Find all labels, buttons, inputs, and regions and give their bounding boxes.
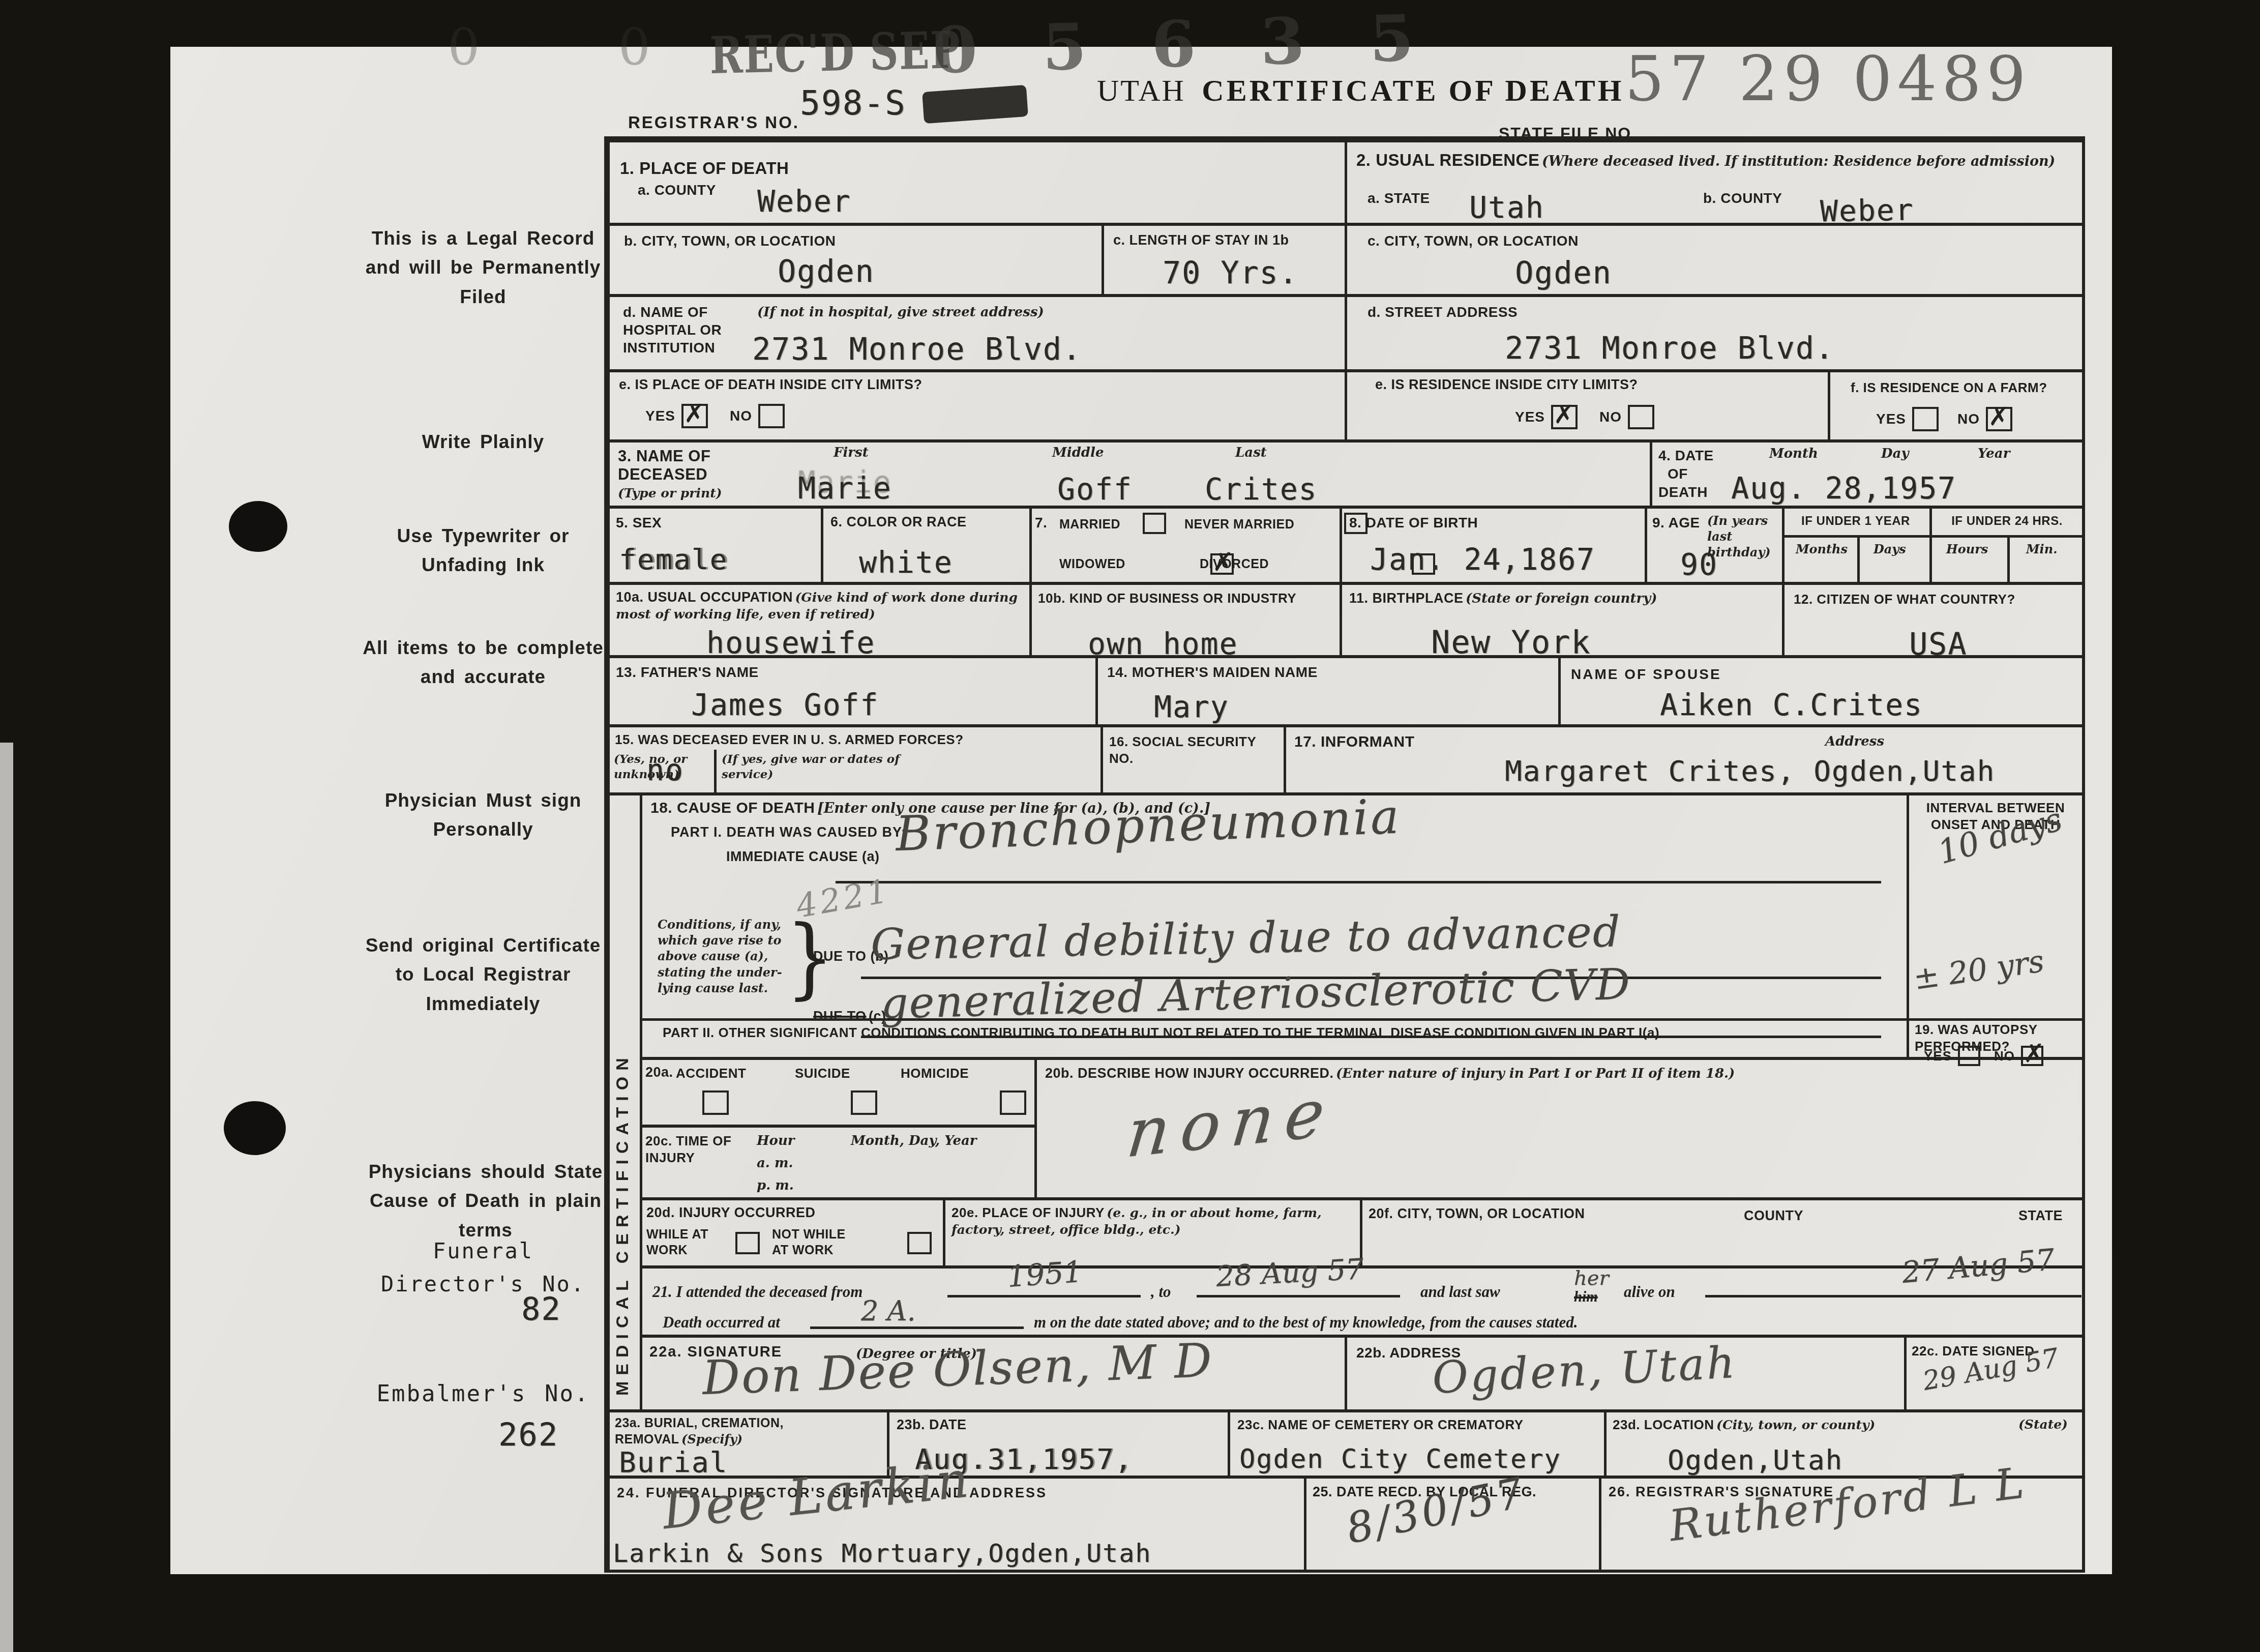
field-age: 9. AGE (In years last birthday) 90 xyxy=(1645,506,1782,582)
checkbox-autopsy-yes xyxy=(1958,1046,1980,1066)
margin-note-typewriter: Use Typewriter or Unfading Ink xyxy=(356,521,610,580)
date-of-death-value: Aug. 28,1957 xyxy=(1731,471,1956,506)
field-marital-status: 7. MARRIED NEVER MARRIED WIDOWED ✗ DIVOR… xyxy=(1029,506,1340,582)
place-of-death-title: 1. PLACE OF DEATH xyxy=(620,158,789,179)
field-street-address: d. STREET ADDRESS 2731 Monroe Blvd. xyxy=(1345,294,2082,369)
hospital-label: d. NAME OF HOSPITAL OR INSTITUTION xyxy=(623,303,750,357)
field-date-of-birth: 8. DATE OF BIRTH Jan. 24,1867 xyxy=(1340,506,1645,582)
checkbox-suicide xyxy=(851,1090,877,1115)
usual-residence-hint: (Where deceased lived. If institution: R… xyxy=(1542,154,2055,169)
suicide-label: SUICIDE xyxy=(795,1065,850,1082)
part2-label: PART II. OTHER SIGNIFICANT CONDITIONS CO… xyxy=(663,1024,1873,1041)
interval-c-handwriting: ± 20 yrs xyxy=(1911,943,2046,997)
yes-label: YES xyxy=(1876,411,1906,427)
mother-name-label: 14. MOTHER'S MAIDEN NAME xyxy=(1107,663,1318,681)
field-residence-farm: f. IS RESIDENCE ON A FARM? YES NO ✗ xyxy=(1828,369,2082,439)
checkbox-death-limits-yes: ✗ xyxy=(681,404,708,428)
checkbox-res-limits-no xyxy=(1628,405,1654,429)
margin-note-plain-terms: Physicians should State Cause of Death i… xyxy=(343,1157,628,1245)
field-registrar-signature: 26. REGISTRAR'S SIGNATURE Rutherford L L xyxy=(1599,1476,2082,1570)
birthplace-label: 11. BIRTHPLACE xyxy=(1349,591,1464,606)
burial-type-hint: (Specify) xyxy=(681,1432,742,1447)
death-city-limits-label: e. IS PLACE OF DEATH INSIDE CITY LIMITS? xyxy=(619,376,923,394)
usual-residence-title: 2. USUAL RESIDENCE xyxy=(1356,151,1539,169)
death-hour-value: 2 A. xyxy=(861,1295,916,1327)
certificate-title: UTAH CERTIFICATE OF DEATH xyxy=(1097,73,1624,108)
due-to-c-struck: DUE TO xyxy=(813,1009,867,1024)
field-date-received: 25. DATE RECD. BY LOCAL REG. 8/30/57 xyxy=(1304,1476,1599,1570)
attended-from-value: 1951 xyxy=(1006,1254,1083,1294)
medical-certification-strip: MEDICAL CERTIFICATION xyxy=(607,792,640,1409)
informant-label: 17. INFORMANT xyxy=(1294,732,1415,752)
certificate-paper: 0 0 REC'D SEP 0 5 6 3 5 REGISTRAR'S NO. … xyxy=(170,47,2112,1574)
residence-state-label: a. STATE xyxy=(1367,189,1430,207)
hour-label: Hour xyxy=(757,1133,795,1150)
name-label-1: 3. NAME OF xyxy=(618,447,710,466)
faint-zeros-stamp: 0 0 xyxy=(448,17,711,77)
certificate-form: 1. PLACE OF DEATH a. COUNTY Weber 2. USU… xyxy=(604,136,2085,1573)
field-hospital: d. NAME OF HOSPITAL OR INSTITUTION (If n… xyxy=(607,294,1345,369)
no-label: NO xyxy=(1599,409,1622,425)
city-of-death-value: Ogden xyxy=(778,254,875,289)
last-name-value: Crites xyxy=(1205,472,1318,507)
burial-date-label: 23b. DATE xyxy=(897,1417,967,1434)
field-date-signed: 22c. DATE SIGNED 29 Aug 57 xyxy=(1904,1335,2082,1409)
field-social-security: 16. SOCIAL SECURITY NO. xyxy=(1101,724,1284,792)
place-county-label: a. COUNTY xyxy=(638,181,716,199)
injury-occurred-label: 20d. INJURY OCCURRED xyxy=(646,1204,816,1222)
him-struck: him xyxy=(1574,1289,1598,1306)
checkbox-homicide xyxy=(1000,1090,1026,1115)
month-header: Month xyxy=(1769,446,1818,463)
middle-name-header: Middle xyxy=(1052,445,1104,462)
x-mark: ✗ xyxy=(2023,1039,2044,1068)
street-address-label: d. STREET ADDRESS xyxy=(1367,303,1518,321)
armed-forces-label: 15. WAS DECEASED EVER IN U. S. ARMED FOR… xyxy=(615,731,964,748)
field-death-city-limits: e. IS PLACE OF DEATH INSIDE CITY LIMITS?… xyxy=(607,369,1345,439)
father-name-value: James Goff xyxy=(691,688,879,722)
ssn-label: 16. SOCIAL SECURITY NO. xyxy=(1109,733,1277,766)
cemetery-location-value: Ogden,Utah xyxy=(1668,1444,1843,1476)
color-race-value: white xyxy=(859,545,953,580)
field-date-of-death: 4. DATE OF DEATH Month Day Year Aug. 28,… xyxy=(1650,439,2082,506)
death-occurred-text: Death occurred at xyxy=(663,1313,780,1332)
cause-of-death-title: 18. CAUSE OF DEATH xyxy=(650,800,815,816)
sex-value: female xyxy=(619,543,728,576)
punch-hole-bottom xyxy=(224,1101,286,1155)
registrars-no-value: 598-S xyxy=(800,83,906,123)
field-name-of-deceased: 3. NAME OF DECEASED (Type or print) Firs… xyxy=(607,439,1650,506)
time-of-injury-label: 20c. TIME OF INJURY xyxy=(645,1133,747,1166)
checkbox-autopsy-no: ✗ xyxy=(2021,1046,2043,1066)
attended-to-value: 28 Aug 57 xyxy=(1215,1253,1364,1293)
father-name-label: 13. FATHER'S NAME xyxy=(616,663,759,681)
field-city-of-death: b. CITY, TOWN, OR LOCATION Ogden xyxy=(607,223,1102,294)
name-hint: (Type or print) xyxy=(618,485,722,502)
color-race-label: 6. COLOR OR RACE xyxy=(830,514,967,531)
embalmer-no-value: 262 xyxy=(498,1416,558,1453)
field-20a-num: 20a. xyxy=(645,1064,673,1081)
field-place-of-death: 1. PLACE OF DEATH a. COUNTY Weber xyxy=(607,139,1345,223)
field-funeral-director: 24. FUNERAL DIRECTOR'S SIGNATURE AND ADD… xyxy=(607,1476,1304,1570)
field-physician-signature: 22a. SIGNATURE (Degree or title) Don Dee… xyxy=(640,1335,1345,1409)
informant-address-label: Address xyxy=(1825,733,1884,751)
describe-injury-hint: (Enter nature of injury in Part I or Par… xyxy=(1336,1066,1735,1081)
injury-county-label: COUNTY xyxy=(1744,1207,1803,1225)
pm-label: p. m. xyxy=(757,1177,794,1195)
checkbox-not-while-at-work xyxy=(907,1232,932,1254)
field-residence-city-limits: e. IS RESIDENCE INSIDE CITY LIMITS? YES … xyxy=(1345,369,1828,439)
funeral-director-no-value: 82 xyxy=(521,1290,561,1327)
x-mark: ✗ xyxy=(1988,402,2009,431)
widowed-label: WIDOWED xyxy=(1059,556,1125,572)
part1-label: PART I. DEATH WAS CAUSED BY: xyxy=(671,824,906,841)
mother-name-value: Mary xyxy=(1154,690,1229,724)
homicide-label: HOMICIDE xyxy=(901,1065,969,1082)
injury-city-label: 20f. CITY, TOWN, OR LOCATION xyxy=(1369,1205,1585,1223)
under-24-hrs-label: IF UNDER 24 HRS. xyxy=(1932,514,2082,529)
accident-label: ACCIDENT xyxy=(676,1065,746,1082)
physician-address-handwriting: Ogden, Utah xyxy=(1431,1337,1738,1404)
received-date-stamp: REC'D SEP xyxy=(709,20,961,85)
industry-label: 10b. KIND OF BUSINESS OR INDUSTRY xyxy=(1038,590,1333,607)
cemetery-location-label: 23d. LOCATION xyxy=(1613,1417,1714,1432)
attended-to-word: , to xyxy=(1151,1283,1171,1301)
hospital-value: 2731 Monroe Blvd. xyxy=(752,332,1082,367)
date-of-birth-label: 8. DATE OF BIRTH xyxy=(1349,514,1478,532)
funeral-director-no-label: Funeral Director's No. xyxy=(356,1234,610,1301)
age-label: 9. AGE xyxy=(1652,514,1700,532)
year-header: Year xyxy=(1978,446,2010,463)
checkbox-farm-yes xyxy=(1912,407,1939,431)
field-injury-occurred: 20d. INJURY OCCURRED WHILE AT WORK NOT W… xyxy=(640,1197,943,1265)
field-father-name: 13. FATHER'S NAME James Goff xyxy=(607,655,1095,724)
funeral-director-address-value: Larkin & Sons Mortuary,Ogden,Utah xyxy=(613,1539,1151,1568)
registrars-no-label: REGISTRAR'S NO. xyxy=(628,112,799,133)
cemetery-location-hint: (City, town, or county) xyxy=(1716,1418,1875,1432)
not-while-at-work-label: NOT WHILE AT WORK xyxy=(772,1227,864,1259)
min-label: Min. xyxy=(2026,541,2058,557)
street-address-value: 2731 Monroe Blvd. xyxy=(1505,331,1834,366)
length-of-stay-label: c. LENGTH OF STAY IN 1b xyxy=(1113,232,1289,249)
checkbox-death-limits-no xyxy=(758,404,785,428)
margin-note-write-plainly: Write Plainly xyxy=(356,427,610,456)
checkbox-accident xyxy=(702,1090,729,1115)
citizen-label: 12. CITIZEN OF WHAT COUNTRY? xyxy=(1794,591,2078,608)
date-of-death-label-2: OF xyxy=(1668,465,1688,483)
last-saw-text: and last saw xyxy=(1420,1283,1500,1301)
no-label: NO xyxy=(1957,411,1980,427)
last-name-header: Last xyxy=(1235,445,1267,462)
city-of-death-label: b. CITY, TOWN, OR LOCATION xyxy=(624,232,836,250)
field-time-of-injury: 20c. TIME OF INJURY Hour a. m. p. m. Mon… xyxy=(640,1125,1034,1197)
residence-state-value: Utah xyxy=(1469,190,1544,225)
field-citizen: 12. CITIZEN OF WHAT COUNTRY? USA xyxy=(1782,582,2082,655)
informant-value: Margaret Crites, Ogden,Utah xyxy=(1505,755,1995,788)
injury-none-scribble: none xyxy=(1123,1073,1340,1173)
checkbox-res-limits-yes: ✗ xyxy=(1551,405,1578,429)
alive-on-text: alive on xyxy=(1624,1283,1675,1301)
field-accident-suicide-homicide: 20a. ACCIDENT SUICIDE HOMICIDE xyxy=(640,1057,1034,1125)
punch-hole-top xyxy=(229,501,287,552)
field-physician-address: 22b. ADDRESS Ogden, Utah xyxy=(1345,1335,1904,1409)
field-place-of-injury: 20e. PLACE OF INJURY (e. g., in or about… xyxy=(943,1197,1360,1265)
field-if-under-1-year: IF UNDER 1 YEAR Months Days xyxy=(1782,506,1929,582)
field-birthplace: 11. BIRTHPLACE (State or foreign country… xyxy=(1340,582,1782,655)
field-sex: 5. SEX female xyxy=(607,506,821,582)
her-handwriting: her xyxy=(1574,1266,1609,1290)
age-value: 90 xyxy=(1680,547,1718,582)
yes-label: YES xyxy=(1515,409,1545,425)
x-mark: ✗ xyxy=(1553,400,1574,429)
married-label: MARRIED xyxy=(1059,517,1120,533)
field-cause-of-death: 18. CAUSE OF DEATH [Enter only one cause… xyxy=(640,792,2082,1057)
birthplace-hint: (State or foreign country) xyxy=(1466,591,1657,606)
field-color-race: 6. COLOR OR RACE white xyxy=(821,506,1029,582)
place-county-value: Weber xyxy=(757,184,851,219)
margin-note-send-original: Send original Certificate to Local Regis… xyxy=(356,931,610,1018)
yes-label: YES xyxy=(1924,1048,1952,1064)
never-married-label: NEVER MARRIED xyxy=(1184,517,1294,533)
armed-forces-hint-2: (If yes, give war or dates of service) xyxy=(722,752,935,782)
checkbox-while-at-work xyxy=(735,1232,760,1254)
first-name-value: Marie xyxy=(798,471,892,506)
sex-label: 5. SEX xyxy=(616,514,662,532)
date-of-birth-value: Jan. 24,1867 xyxy=(1370,542,1595,577)
margin-note-legal-record: This is a Legal Record and will be Perma… xyxy=(356,224,610,311)
am-label: a. m. xyxy=(757,1155,793,1172)
age-hint: (In years last birthday) xyxy=(1707,513,1783,560)
attended-pre-text: 21. I attended the deceased from xyxy=(652,1283,863,1301)
name-label-2: DECEASED xyxy=(618,465,707,485)
no-label: NO xyxy=(730,408,752,424)
spouse-name-value: Aiken C.Crites xyxy=(1660,688,1923,722)
hospital-hint: (If not in hospital, give street address… xyxy=(757,304,1044,321)
marital-num: 7. xyxy=(1035,514,1047,532)
field-cemetery-name: 23c. NAME OF CEMETERY OR CREMATORY Ogden… xyxy=(1228,1409,1604,1476)
field-mother-maiden-name: 14. MOTHER'S MAIDEN NAME Mary xyxy=(1095,655,1558,724)
checkbox-married xyxy=(1143,513,1166,534)
date-of-death-label-3: DEATH xyxy=(1658,483,1708,501)
yes-label: YES xyxy=(645,408,675,424)
middle-name-value: Goff xyxy=(1057,472,1133,507)
field-if-under-24-hrs: IF UNDER 24 HRS. Hours Min. xyxy=(1929,506,2082,582)
under-1-year-label: IF UNDER 1 YEAR xyxy=(1785,514,1927,529)
scanned-death-certificate: 0 0 REC'D SEP 0 5 6 3 5 REGISTRAR'S NO. … xyxy=(0,0,2260,1652)
margin-note-complete: All items to be complete and accurate xyxy=(356,633,610,692)
first-name-header: First xyxy=(834,445,869,462)
days-label: Days xyxy=(1874,541,1906,557)
injury-state-label: STATE xyxy=(2018,1207,2063,1225)
field-usual-residence: 2. USUAL RESIDENCE (Where deceased lived… xyxy=(1345,139,2082,223)
ink-smudge xyxy=(922,85,1028,124)
spouse-name-label: NAME OF SPOUSE xyxy=(1571,665,1721,683)
residence-city-label: c. CITY, TOWN, OR LOCATION xyxy=(1367,232,1579,250)
title-main: CERTIFICATE OF DEATH xyxy=(1202,74,1624,107)
margin-note-physician-sign: Physician Must sign Personally xyxy=(356,786,610,844)
residence-farm-label: f. IS RESIDENCE ON A FARM? xyxy=(1851,379,2047,396)
no-label: NO xyxy=(1994,1048,2015,1064)
field-usual-occupation: 10a. USUAL OCCUPATION (Give kind of work… xyxy=(607,582,1029,655)
field-residence-city: c. CITY, TOWN, OR LOCATION Ogden xyxy=(1345,223,2082,294)
field-describe-injury: 20b. DESCRIBE HOW INJURY OCCURRED. (Ente… xyxy=(1034,1057,2082,1197)
date-of-death-label-1: 4. DATE xyxy=(1658,447,1714,464)
field-business-industry: 10b. KIND OF BUSINESS OR INDUSTRY own ho… xyxy=(1029,582,1340,655)
field-spouse-name: NAME OF SPOUSE Aiken C.Crites xyxy=(1558,655,2082,724)
title-utah: UTAH xyxy=(1097,74,1185,107)
x-mark: ✗ xyxy=(683,399,705,428)
field-informant: 17. INFORMANT Address Margaret Crites, O… xyxy=(1284,724,2082,792)
place-of-injury-label: 20e. PLACE OF INJURY xyxy=(951,1205,1105,1220)
occupation-label: 10a. USUAL OCCUPATION xyxy=(616,589,793,605)
date-received-handwriting: 8/30/57 xyxy=(1342,1468,1530,1553)
medical-certification-label: MEDICAL CERTIFICATION xyxy=(613,811,633,1396)
cemetery-name-label: 23c. NAME OF CEMETERY OR CREMATORY xyxy=(1237,1417,1593,1433)
day-header: Day xyxy=(1881,446,1909,463)
cause-b-handwriting: General debility due to advanced xyxy=(870,906,1621,969)
death-statement-post: m on the date stated above; and to the b… xyxy=(1034,1313,1578,1332)
cemetery-state-hint: (State) xyxy=(2018,1417,2068,1433)
residence-county-label: b. COUNTY xyxy=(1703,189,1782,207)
armed-forces-value: no xyxy=(646,753,684,787)
conditions-caption: Conditions, if any, which gave rise to a… xyxy=(658,917,786,996)
field-attended-statement: 21. I attended the deceased from 1951 , … xyxy=(640,1265,2082,1335)
immediate-cause-label: IMMEDIATE CAUSE (a) xyxy=(726,848,880,866)
field-length-of-stay: c. LENGTH OF STAY IN 1b 70 Yrs. xyxy=(1102,223,1345,294)
while-at-work-label: WHILE AT WORK xyxy=(646,1227,728,1259)
divorced-label: DIVORCED xyxy=(1200,556,1269,572)
embalmer-no-label: Embalmer's No. xyxy=(356,1377,610,1411)
months-label: Months xyxy=(1796,541,1848,557)
field-armed-forces: 15. WAS DECEASED EVER IN U. S. ARMED FOR… xyxy=(607,724,1101,792)
state-file-no-value: 57 29 0489 xyxy=(1625,43,2031,115)
checkbox-farm-no: ✗ xyxy=(1986,407,2012,431)
burial-type-value: Burial xyxy=(619,1446,728,1479)
length-of-stay-value: 70 Yrs. xyxy=(1163,255,1298,291)
residence-city-value: Ogden xyxy=(1515,255,1612,291)
residence-city-limits-label: e. IS RESIDENCE INSIDE CITY LIMITS? xyxy=(1375,376,1638,394)
scanner-edge-sliver xyxy=(0,743,13,1652)
month-day-year-label: Month, Day, Year xyxy=(851,1133,977,1150)
hours-label: Hours xyxy=(1946,541,1988,557)
